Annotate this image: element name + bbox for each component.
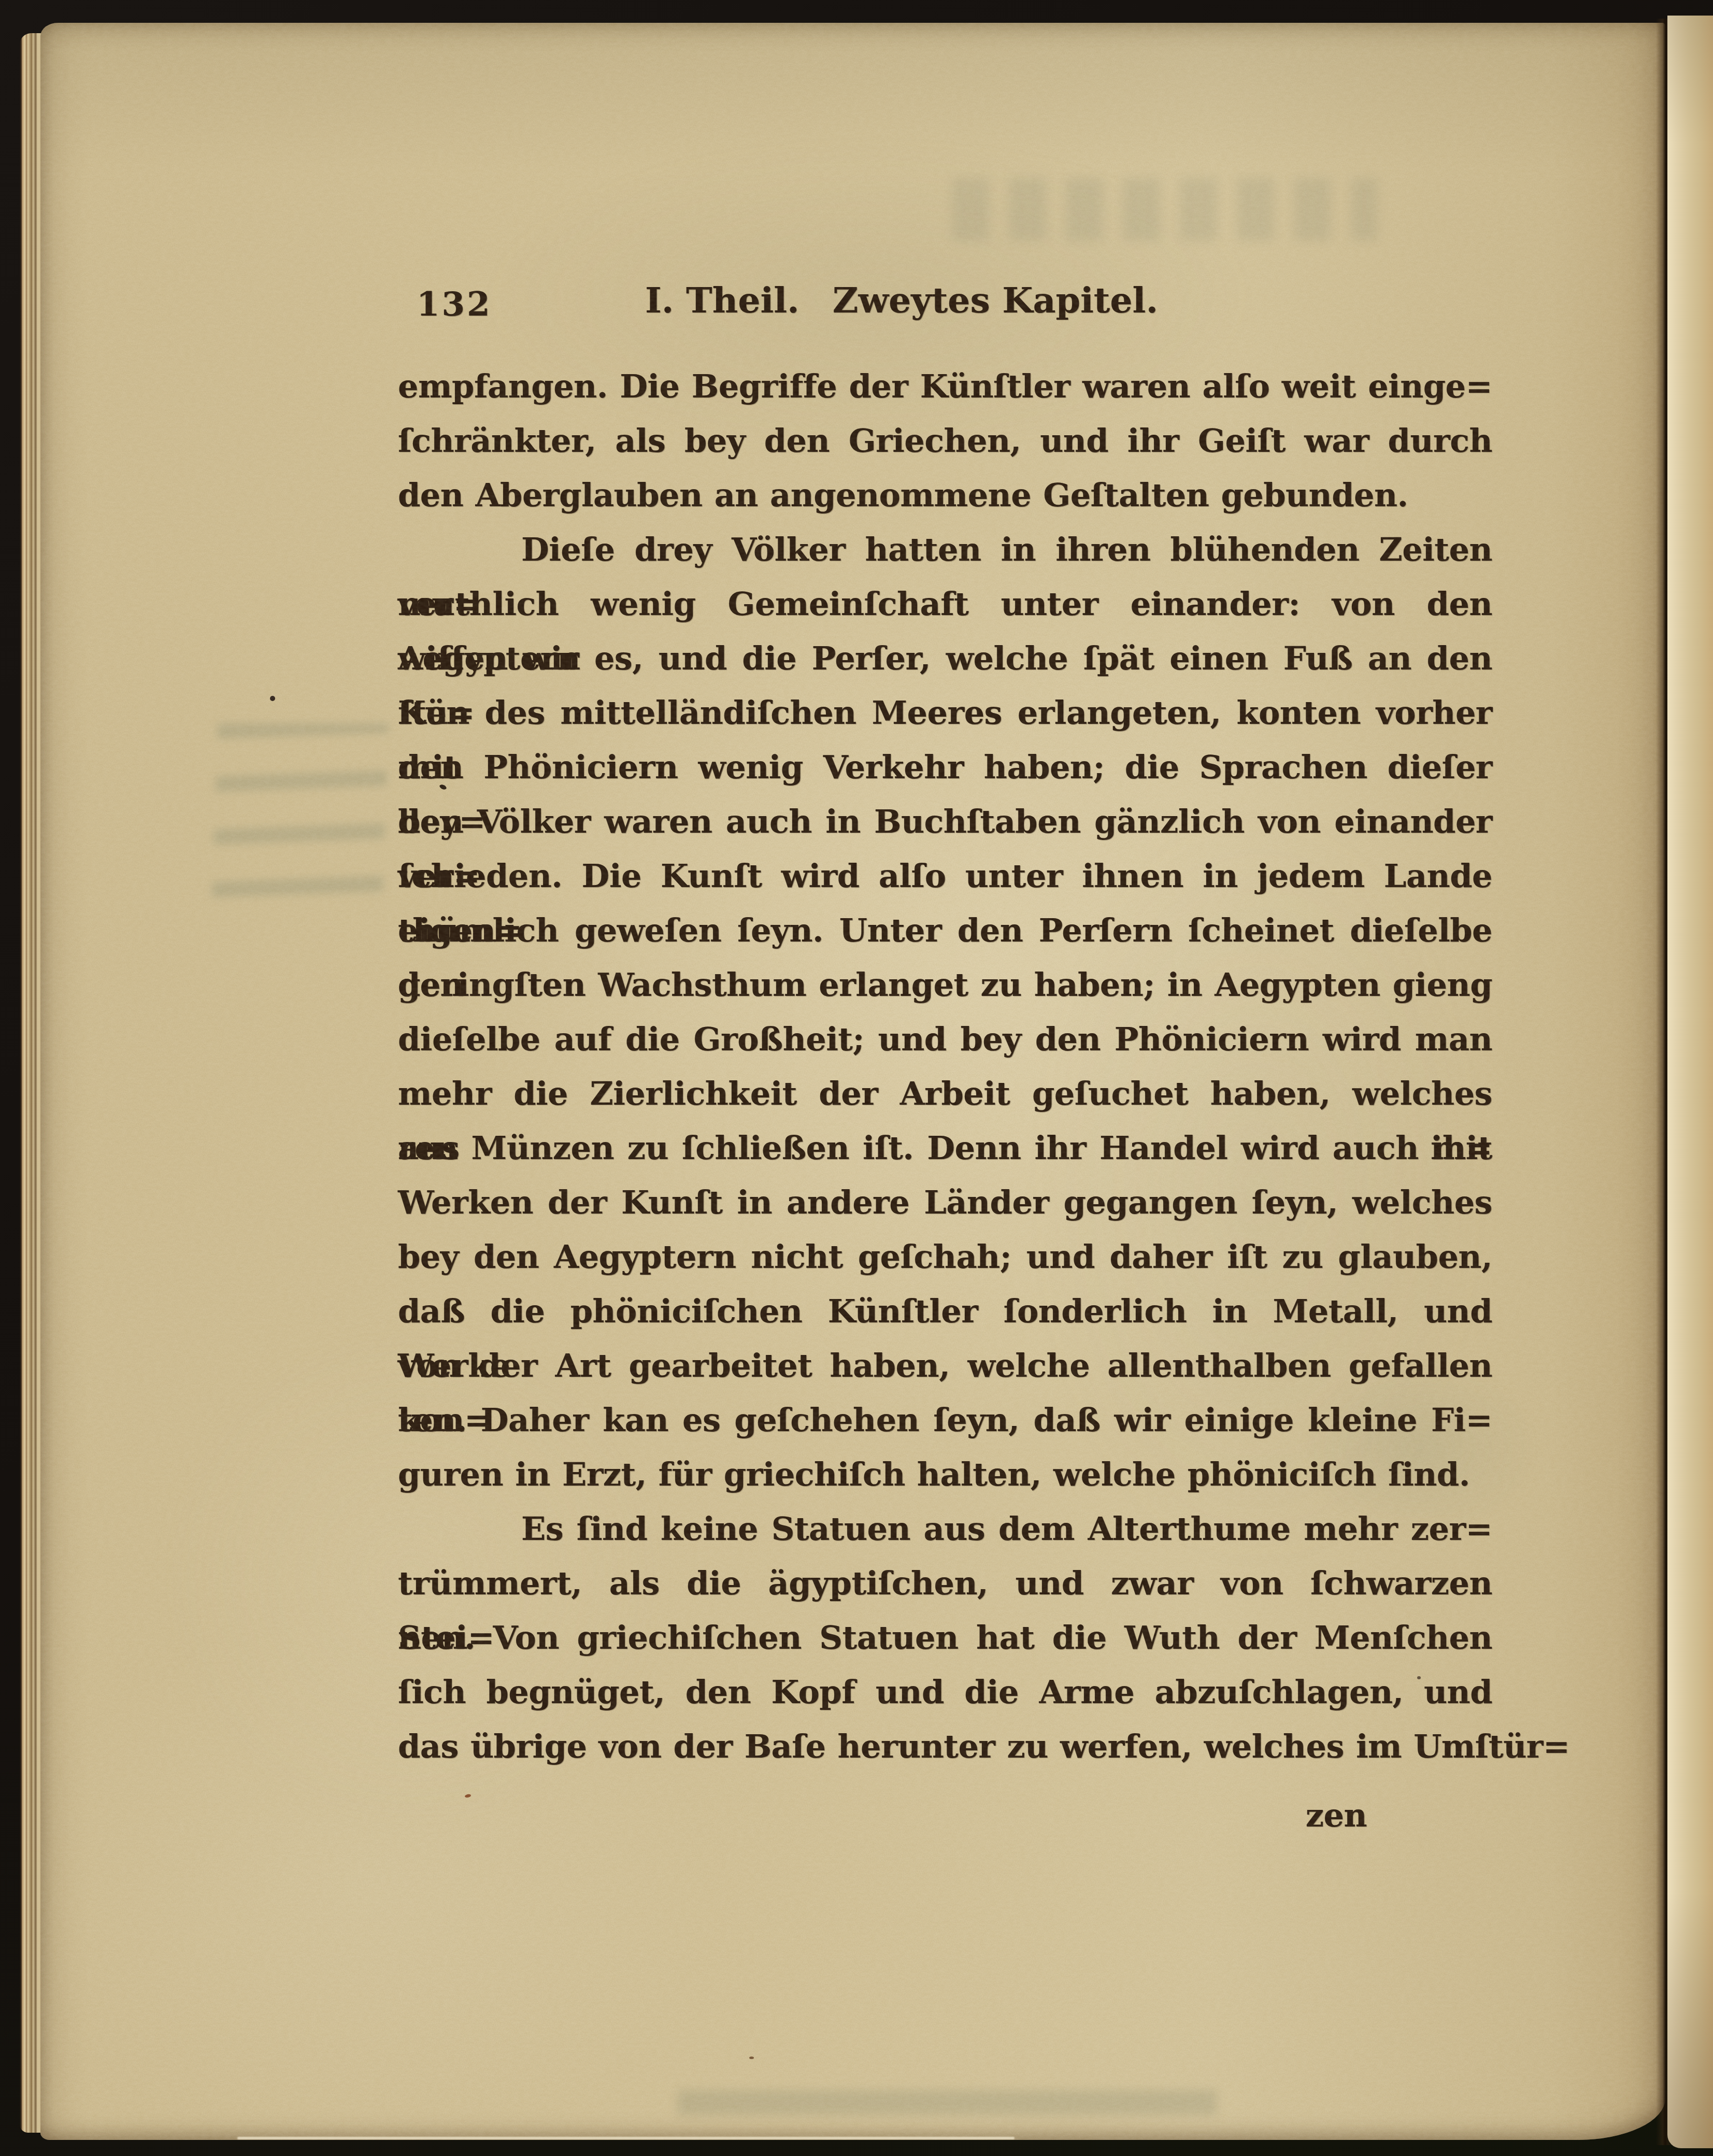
running-header-chapter: Zweytes Kapitel.: [833, 280, 1158, 321]
text-line: daß die phöniciſchen Künſtler ſonderlich…: [398, 1284, 1492, 1338]
text-line: ſchieden. Die Kunſt wird alſo unter ihne…: [398, 849, 1492, 903]
ink-speck: [1417, 1676, 1421, 1679]
foxing-spot: [749, 2057, 754, 2059]
text-line: guren in Erzt, für griechiſch halten, we…: [398, 1447, 1492, 1502]
text-line: mehr die Zierlichkeit der Arbeit geſuche…: [398, 1066, 1492, 1121]
text-line: ren Münzen zu ſchließen iſt. Denn ihr Ha…: [398, 1121, 1492, 1175]
text-line: ſten des mittelländiſchen Meeres erlange…: [398, 686, 1492, 740]
text-line: ſchränkter, als bey den Griechen, und ih…: [398, 413, 1492, 468]
text-line: den Aberglauben an angenommene Geſtalten…: [398, 468, 1492, 522]
bleedthrough-ghost: [211, 723, 389, 910]
facing-page-edge: [1667, 16, 1713, 2148]
body-text: empfangen. Die Begriffe der Künſtler war…: [398, 359, 1492, 1843]
book-page: 132 I. Theil.Zweytes Kapitel. empfangen.…: [40, 23, 1665, 2140]
page-number: 132: [417, 285, 492, 324]
text-line: thümlich geweſen ſeyn. Unter den Perſern…: [398, 903, 1492, 958]
text-line: dieſelbe auf die Großheit; und bey den P…: [398, 1012, 1492, 1066]
text-line: muthlich wenig Gemeinſchaft unter einand…: [398, 577, 1492, 631]
book-scan: 132 I. Theil.Zweytes Kapitel. empfangen.…: [0, 0, 1713, 2156]
running-header: I. Theil.Zweytes Kapitel.: [645, 280, 1158, 321]
text-line: den Völker waren auch in Buchſtaben gänz…: [398, 794, 1492, 849]
text-line: Es ſind keine Statuen aus dem Alterthume…: [398, 1502, 1492, 1556]
ink-speck: [270, 696, 275, 701]
text-line: das übrige von der Baſe herunter zu werf…: [398, 1719, 1492, 1774]
text-line: ſich begnüget, den Kopf und die Arme abz…: [398, 1665, 1492, 1719]
running-header-row: 132 I. Theil.Zweytes Kapitel.: [398, 280, 1492, 338]
text-line: bey den Aegyptern nicht geſchah; und dah…: [398, 1230, 1492, 1284]
text-line: Dieſe drey Völker hatten in ihren blühen…: [398, 522, 1492, 577]
text-line: von der Art gearbeitet haben, welche all…: [398, 1338, 1492, 1393]
running-header-part: I. Theil.: [645, 280, 800, 321]
bleedthrough-ghost: [678, 2090, 1217, 2115]
text-line: Werken der Kunſt in andere Länder gegang…: [398, 1175, 1492, 1230]
text-line: trümmert, als die ägyptiſchen, und zwar …: [398, 1556, 1492, 1610]
text-line: empfangen. Die Begriffe der Künſtler war…: [398, 359, 1492, 413]
text-line: nen. Von griechiſchen Statuen hat die Wu…: [398, 1610, 1492, 1665]
page-stack-edges: [20, 33, 42, 2133]
text-line: wiſſen wir es, und die Perſer, welche ſp…: [398, 631, 1492, 686]
bleedthrough-ghost: [952, 178, 1377, 240]
text-line: ten. Daher kan es geſchehen ſeyn, daß wi…: [398, 1393, 1492, 1447]
text-line: den Phöniciern wenig Verkehr haben; die …: [398, 740, 1492, 794]
text-line: geringſten Wachsthum erlanget zu haben; …: [398, 958, 1492, 1012]
catchword: zen: [398, 1788, 1492, 1843]
